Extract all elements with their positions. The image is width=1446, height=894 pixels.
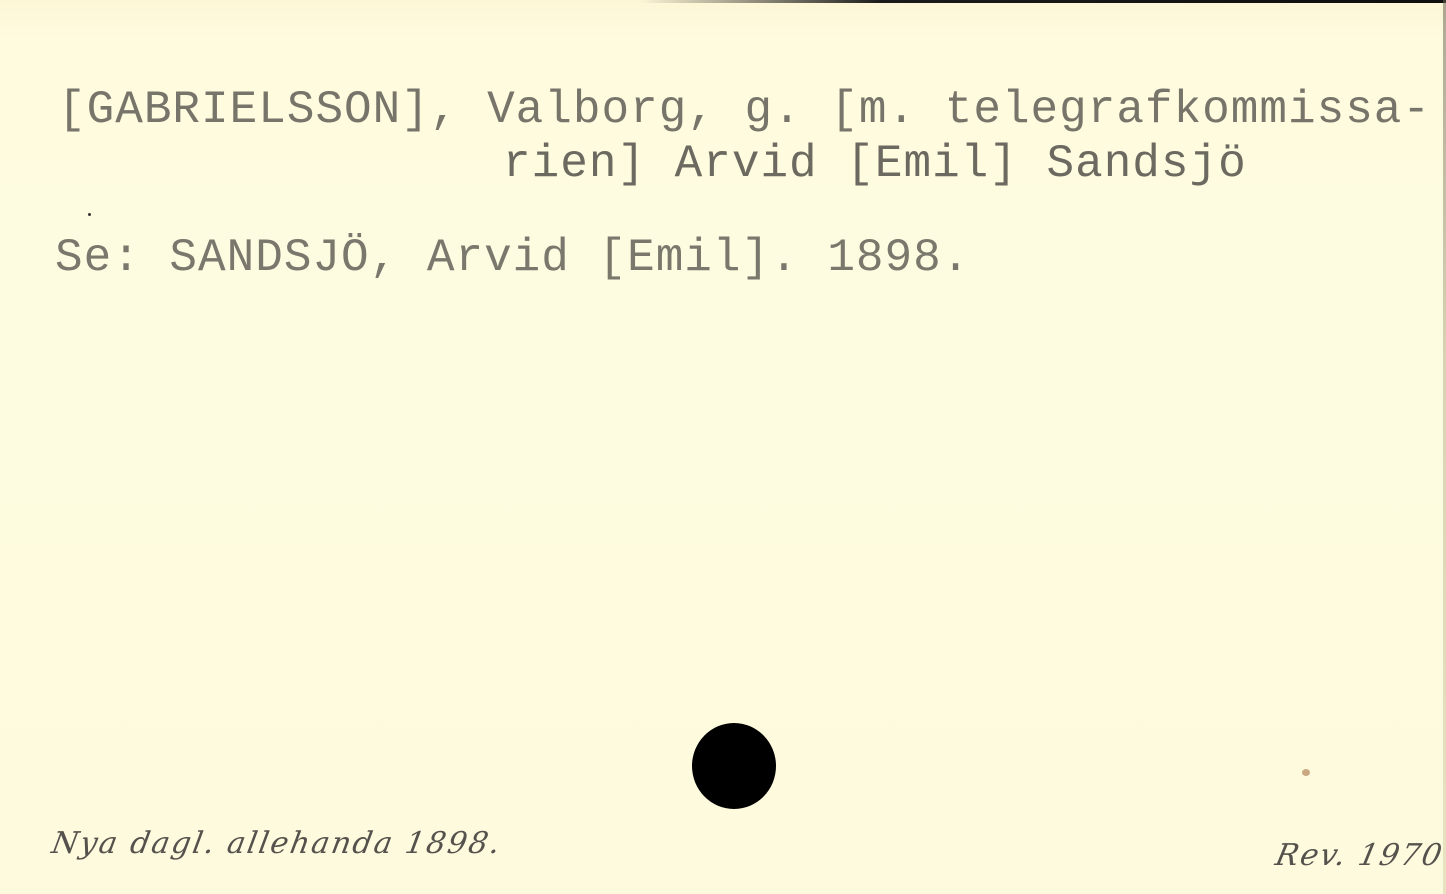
paper-stain: [1302, 769, 1310, 776]
handwritten-revision-note: Rev. 1970: [1272, 838, 1446, 873]
see-reference: Se: SANDSJÖ, Arvid [Emil]. 1898.: [55, 232, 970, 284]
heading-line-1: [GABRIELSSON], Valborg, g. [m. telegrafk…: [58, 84, 1431, 136]
punch-hole: [692, 723, 776, 809]
catalog-card: [GABRIELSSON], Valborg, g. [m. telegrafk…: [0, 0, 1446, 894]
ink-dot: [88, 213, 91, 216]
heading-line-2: rien] Arvid [Emil] Sandsjö: [503, 138, 1247, 190]
handwritten-source-note: Nya dagl. allehanda 1898.: [49, 826, 505, 861]
card-top-edge-shadow: [640, 0, 1446, 3]
